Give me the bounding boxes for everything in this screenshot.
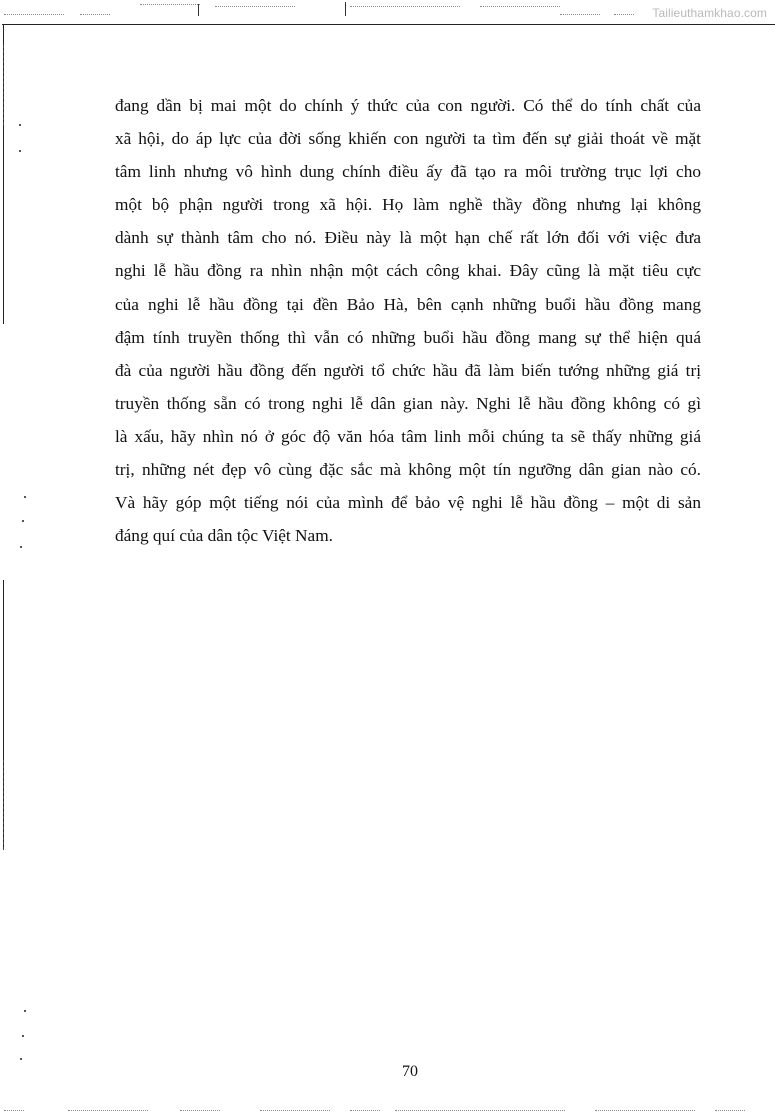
text-line: truyền thống sẵn có trong nghi lễ dân gi…	[115, 387, 701, 420]
scan-noise	[480, 6, 560, 8]
text-line: tâm linh nhưng vô hình dung chính điều ấ…	[115, 155, 701, 188]
text-line: là xấu, hãy nhìn nó ở góc độ văn hóa tâm…	[115, 420, 701, 453]
header-rule	[2, 24, 775, 25]
scan-speck	[20, 1058, 22, 1060]
text-line: đang dần bị mai một do chính ý thức của …	[115, 89, 701, 122]
scan-noise	[68, 1110, 148, 1112]
body-paragraph: đang dần bị mai một do chính ý thức của …	[115, 89, 701, 552]
scan-speck	[22, 1035, 24, 1037]
text-line: một bộ phận người trong xã hội. Họ làm n…	[115, 188, 701, 221]
scan-noise	[595, 1110, 695, 1112]
text-line: dành sự thành tâm cho nó. Điều này là mộ…	[115, 221, 701, 254]
text-line: xã hội, do áp lực của đời sống khiến con…	[115, 122, 701, 155]
scan-speck	[20, 546, 22, 548]
text-line: nghi lễ hầu đồng ra nhìn nhận một cách c…	[115, 254, 701, 287]
scan-noise	[614, 14, 634, 16]
watermark: Tailieuthamkhao.com	[652, 6, 767, 20]
scan-noise	[4, 14, 64, 16]
text-line: đà của người hầu đồng đến người tổ chức …	[115, 354, 701, 387]
scan-speck	[24, 496, 26, 498]
scan-noise	[180, 1110, 220, 1112]
scan-noise	[140, 4, 200, 6]
text-line: Và hãy góp một tiếng nói của mình để bảo…	[115, 486, 701, 519]
scan-noise	[80, 14, 110, 16]
text-line: trị, những nét đẹp vô cùng đặc sắc mà kh…	[115, 453, 701, 486]
scan-speck	[19, 150, 21, 152]
scan-speck	[19, 124, 21, 126]
scan-noise	[4, 1110, 24, 1112]
scan-speck	[24, 1010, 26, 1012]
left-border-dashed	[3, 45, 4, 125]
scan-noise	[215, 6, 295, 8]
scan-noise	[260, 1110, 330, 1112]
scan-mark	[345, 2, 346, 16]
scan-noise	[350, 6, 460, 8]
scan-noise	[715, 1110, 745, 1112]
scan-artifacts-bottom	[0, 1106, 775, 1116]
page-number: 70	[0, 1063, 775, 1081]
scan-speck	[22, 520, 24, 522]
text-line: đậm tính truyền thống thì vẫn có những b…	[115, 321, 701, 354]
scan-noise	[560, 14, 600, 16]
text-line: của nghi lễ hầu đồng tại đền Bảo Hà, bên…	[115, 288, 701, 321]
text-line: đáng quí của dân tộc Việt Nam.	[115, 519, 701, 552]
scan-mark	[198, 4, 199, 16]
scan-noise	[350, 1110, 380, 1112]
scan-noise	[395, 1110, 565, 1112]
left-border-dashed	[3, 760, 4, 850]
